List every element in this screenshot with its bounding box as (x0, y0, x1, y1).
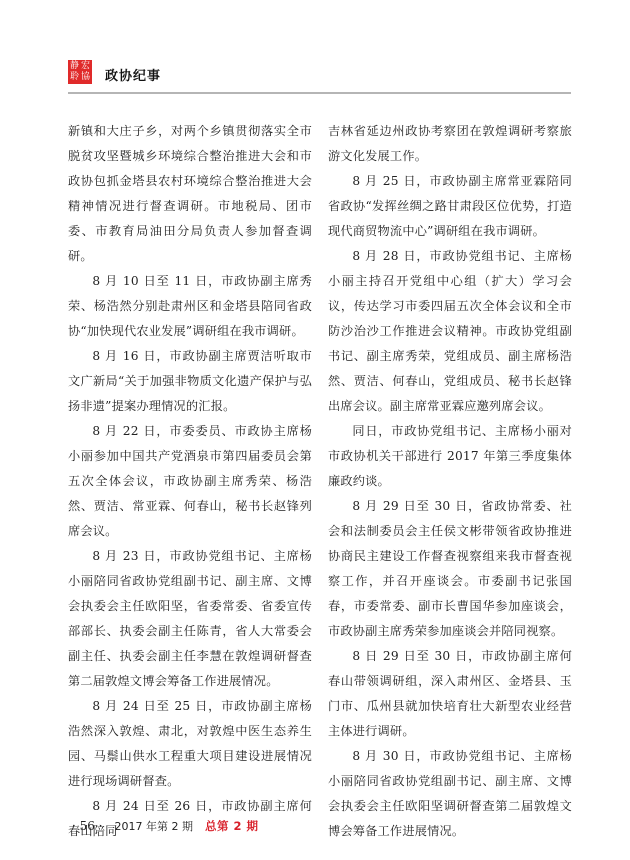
issue-total-label: 总第 2 期 (205, 818, 259, 834)
article-body: 新镇和大庄子乡，对两个乡镇贯彻落实全市脱贫攻坚暨城乡环境综合整治推进大会和市政协… (68, 119, 571, 719)
issue-label: 2017 年第 2 期 (115, 818, 193, 834)
logo-char: 宏 (80, 61, 91, 72)
paragraph: 8 月 24 日至 25 日，市政协副主席杨浩然深入敦煌、肃北，对敦煌中医生态养… (68, 694, 312, 794)
section-title: 政协纪事 (105, 65, 161, 84)
logo-char: 協 (80, 72, 91, 83)
header-divider (68, 92, 571, 94)
right-column: 吉林省延边州政协考察团在敦煌调研考察旅游文化发展工作。 8 月 25 日，市政协… (328, 119, 572, 844)
logo-char: 静 (69, 61, 80, 72)
paragraph: 8 月 10 日至 11 日，市政协副主席秀荣、杨浩然分别赴肃州区和金塔县陪同省… (68, 269, 312, 344)
paragraph: 8 月 25 日，市政协副主席常亚霖陪同省政协“发挥丝绸之路甘肃段区位优势，打造… (328, 169, 572, 244)
left-column: 新镇和大庄子乡，对两个乡镇贯彻落实全市脱贫攻坚暨城乡环境综合整治推进大会和市政协… (68, 119, 312, 844)
page-number: · 56 · (72, 819, 103, 833)
paragraph: 8 月 28 日，市政协党组书记、主席杨小丽主持召开党组中心组（扩大）学习会议，… (328, 244, 572, 419)
paragraph: 同日，市政协党组书记、主席杨小丽对市政协机关干部进行 2017 年第三季度集体廉… (328, 419, 572, 494)
paragraph: 吉林省延边州政协考察团在敦煌调研考察旅游文化发展工作。 (328, 119, 572, 169)
magazine-logo: 静 宏 聆 協 (68, 60, 92, 84)
paragraph: 8 月 16 日，市政协副主席贾洁听取市文广新局“关于加强非物质文化遗产保护与弘… (68, 344, 312, 419)
paragraph: 新镇和大庄子乡，对两个乡镇贯彻落实全市脱贫攻坚暨城乡环境综合整治推进大会和市政协… (68, 119, 312, 269)
page-footer: · 56 · 2017 年第 2 期 总第 2 期 (72, 818, 259, 834)
paragraph: 8 月 22 日，市委委员、市政协主席杨小丽参加中国共产党酒泉市第四届委员会第五… (68, 419, 312, 544)
paragraph: 8 月 30 日，市政协党组书记、主席杨小丽陪同省政协党组副书记、副主席、文博会… (328, 744, 572, 844)
paragraph: 8 日 29 日至 30 日，市政协副主席何春山带领调研组，深入肃州区、金塔县、… (328, 644, 572, 744)
page-header: 静 宏 聆 協 政协纪事 (68, 60, 571, 104)
paragraph: 8 月 23 日，市政协党组书记、主席杨小丽陪同省政协党组副书记、副主席、文博会… (68, 544, 312, 694)
paragraph: 8 月 29 日至 30 日，省政协常委、社会和法制委员会主任侯文彬带领省政协推… (328, 494, 572, 644)
logo-char: 聆 (69, 72, 80, 83)
